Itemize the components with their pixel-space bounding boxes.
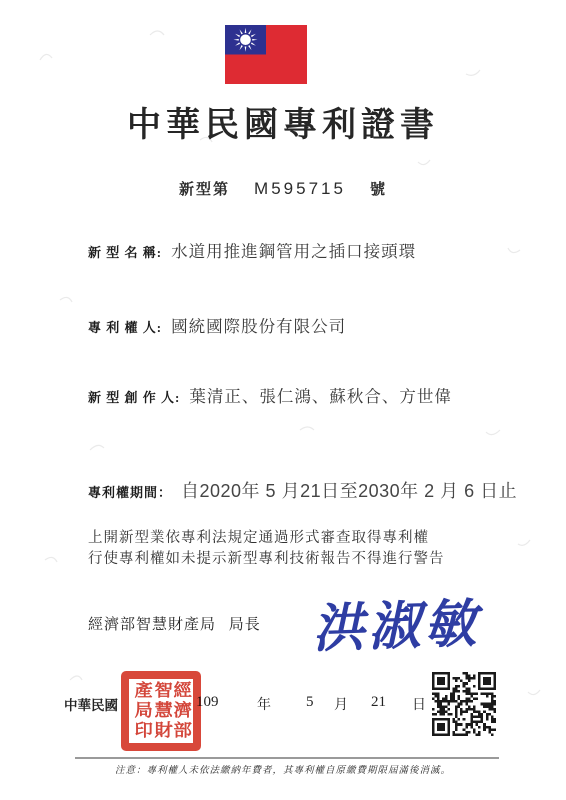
patent-number: M595715 [254, 179, 346, 199]
date-day: 21 [371, 694, 386, 711]
date-year-unit: 年 [257, 694, 271, 714]
field-value: 水道用推進鋼管用之插口接頭環 [171, 238, 416, 262]
notice-line-2: 行使專利權如未提示新型專利技術報告不得進行警告 [88, 549, 445, 570]
date-day-unit: 日 [412, 694, 426, 714]
footer-divider [75, 757, 499, 759]
date-month-unit: 月 [334, 694, 348, 714]
field-label: 新 型 創 作 人: [88, 387, 180, 406]
certificate-number-line: 新型第 M595715 號 [0, 178, 566, 199]
taiwan-flag [225, 25, 307, 84]
field-value: 國統國際股份有限公司 [171, 313, 346, 337]
date-era: 中華民國 [64, 694, 118, 714]
field-label: 新 型 名 稱: [88, 242, 162, 261]
qr-code [432, 672, 496, 736]
seal-column: 產局印 [132, 681, 150, 741]
issuer-line: 經濟部智慧財產局 局長 [88, 613, 261, 634]
field-utility-model-name: 新 型 名 稱: 水道用推進鋼管用之插口接頭環 [88, 238, 416, 262]
notice-line-1: 上開新型業依專利法規定通過形式審查取得專利權 [88, 528, 445, 549]
seal-column: 經濟部 [171, 681, 189, 741]
date-month: 5 [306, 694, 314, 711]
patent-certificate-page: 中華民國專利證書 新型第 M595715 號 新 型 名 稱: 水道用推進鋼管用… [0, 0, 566, 800]
field-creators: 新 型 創 作 人: 葉清正、張仁鴻、蘇秋合、方世偉 [88, 383, 452, 407]
field-label: 專利權期間： [88, 482, 172, 501]
field-patentee: 專 利 權 人: 國統國際股份有限公司 [88, 313, 346, 337]
seal-column: 智慧財 [152, 681, 170, 741]
statutory-notice: 上開新型業依專利法規定通過形式審查取得專利權 行使專利權如未提示新型專利技術報告… [88, 528, 445, 570]
number-suffix: 號 [370, 178, 387, 199]
official-seal-stamp: 經濟部 智慧財 產局印 [121, 671, 201, 751]
field-value: 自2020年 5 月21日至2030年 2 月 6 日止 [181, 477, 517, 503]
field-value: 葉清正、張仁鴻、蘇秋合、方世偉 [189, 383, 452, 407]
issuer-post: 局長 [229, 617, 261, 633]
field-label: 專 利 權 人: [88, 317, 162, 336]
certificate-title: 中華民國專利證書 [0, 97, 566, 146]
issuer-office: 經濟部智慧財產局 [88, 617, 216, 633]
field-patent-term: 專利權期間： 自2020年 5 月21日至2030年 2 月 6 日止 [88, 477, 517, 503]
number-prefix: 新型第 [179, 178, 230, 199]
director-signature: 洪淑敏 [311, 581, 482, 662]
footer-note: 注意：專利權人未依法繳納年費者，其專利權自原繳費期限屆滿後消滅。 [0, 762, 566, 776]
